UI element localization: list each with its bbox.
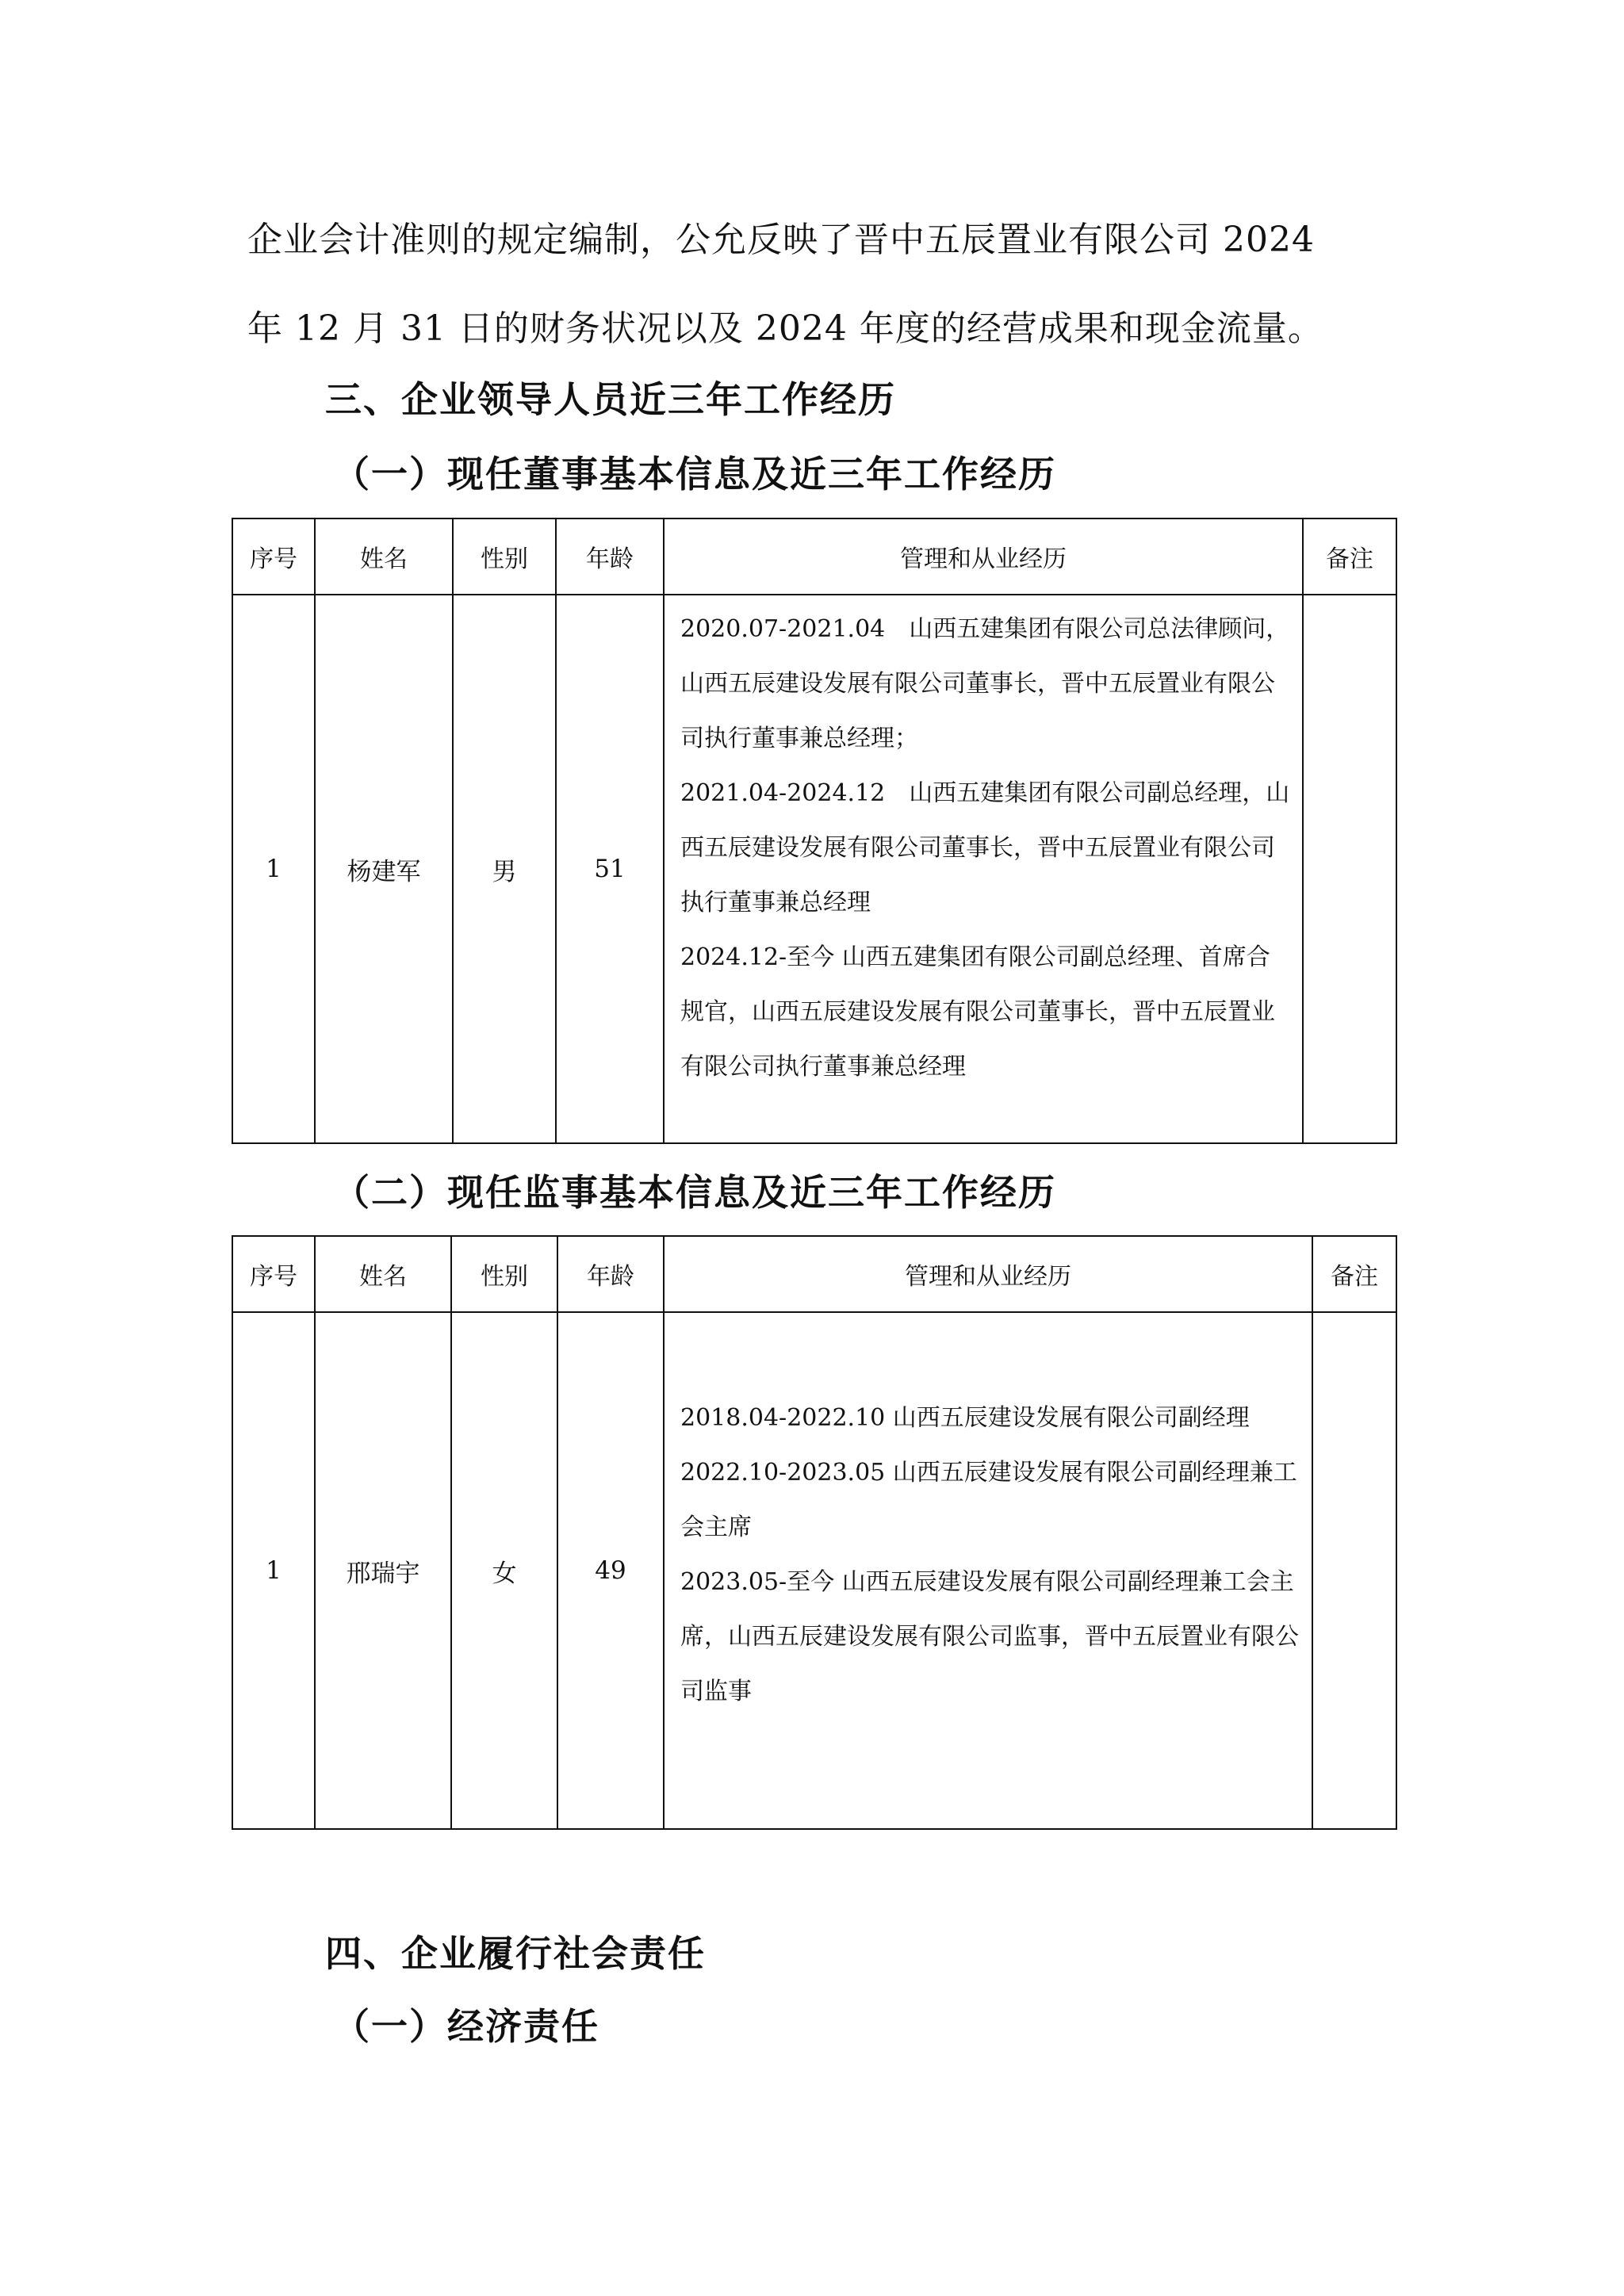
- cell-age: 51: [556, 595, 664, 1143]
- experience-entry: 2022.10-2023.05 山西五辰建设发展有限公司副经理兼工会主席: [680, 1445, 1302, 1555]
- cell-name: 邢瑞宇: [315, 1312, 451, 1829]
- col-header-experience: 管理和从业经历: [664, 1236, 1312, 1312]
- experience-entry: 2023.05-至今 山西五辰建设发展有限公司副经理兼工会主席，山西五辰建设发展…: [680, 1555, 1302, 1719]
- supervisors-subheading: （二）现任监事基本信息及近三年工作经历: [333, 1164, 1056, 1216]
- experience-entry: 2018.04-2022.10 山西五辰建设发展有限公司副经理: [680, 1391, 1302, 1445]
- directors-table: 序号 姓名 性别 年龄 管理和从业经历 备注 1 杨建军 男 51 2020.0…: [232, 518, 1397, 1144]
- intro-line-1: 企业会计准则的规定编制，公允反映了晋中五辰置业有限公司 2024: [247, 220, 1315, 260]
- col-header-name: 姓名: [315, 1236, 451, 1312]
- cell-remark: [1303, 595, 1396, 1143]
- col-header-remark: 备注: [1303, 519, 1396, 595]
- cell-gender: 女: [451, 1312, 557, 1829]
- col-header-age: 年龄: [556, 519, 664, 595]
- intro-line-2: 年 12 月 31 日的财务状况以及 2024 年度的经营成果和现金流量。: [247, 308, 1323, 349]
- section-4-heading: 四、企业履行社会责任: [325, 1925, 706, 1977]
- col-header-no: 序号: [232, 519, 315, 595]
- cell-age: 49: [557, 1312, 664, 1829]
- table-row: 1 邢瑞宇 女 49 2018.04-2022.10 山西五辰建设发展有限公司副…: [232, 1312, 1396, 1829]
- col-header-no: 序号: [232, 1236, 315, 1312]
- supervisors-table: 序号 姓名 性别 年龄 管理和从业经历 备注 1 邢瑞宇 女 49 2018.0…: [232, 1235, 1397, 1830]
- table-header-row: 序号 姓名 性别 年龄 管理和从业经历 备注: [232, 1236, 1396, 1312]
- directors-subheading: （一）现任董事基本信息及近三年工作经历: [333, 446, 1056, 498]
- table-row: 1 杨建军 男 51 2020.07-2021.04 山西五建集团有限公司总法律…: [232, 595, 1396, 1143]
- cell-gender: 男: [453, 595, 556, 1143]
- col-header-gender: 性别: [453, 519, 556, 595]
- experience-entry: 2021.04-2024.12 山西五建集团有限公司副总经理，山西五辰建设发展有…: [680, 766, 1293, 930]
- cell-experience: 2018.04-2022.10 山西五辰建设发展有限公司副经理 2022.10-…: [664, 1312, 1312, 1829]
- experience-entry: 2024.12-至今 山西五建集团有限公司副总经理、首席合规官，山西五辰建设发展…: [680, 930, 1293, 1094]
- col-header-age: 年龄: [557, 1236, 664, 1312]
- cell-no: 1: [232, 1312, 315, 1829]
- cell-experience: 2020.07-2021.04 山西五建集团有限公司总法律顾问，山西五辰建设发展…: [664, 595, 1303, 1143]
- cell-name: 杨建军: [315, 595, 453, 1143]
- cell-no: 1: [232, 595, 315, 1143]
- col-header-experience: 管理和从业经历: [664, 519, 1303, 595]
- economic-responsibility-subheading: （一）经济责任: [333, 1998, 599, 2050]
- table-header-row: 序号 姓名 性别 年龄 管理和从业经历 备注: [232, 519, 1396, 595]
- cell-remark: [1312, 1312, 1396, 1829]
- experience-entry: 2020.07-2021.04 山西五建集团有限公司总法律顾问，山西五辰建设发展…: [680, 602, 1293, 766]
- section-3-heading: 三、企业领导人员近三年工作经历: [325, 371, 896, 423]
- col-header-name: 姓名: [315, 519, 453, 595]
- intro-paragraph: 企业会计准则的规定编制，公允反映了晋中五辰置业有限公司 2024 年 12 月 …: [247, 196, 1389, 373]
- col-header-remark: 备注: [1312, 1236, 1396, 1312]
- col-header-gender: 性别: [451, 1236, 557, 1312]
